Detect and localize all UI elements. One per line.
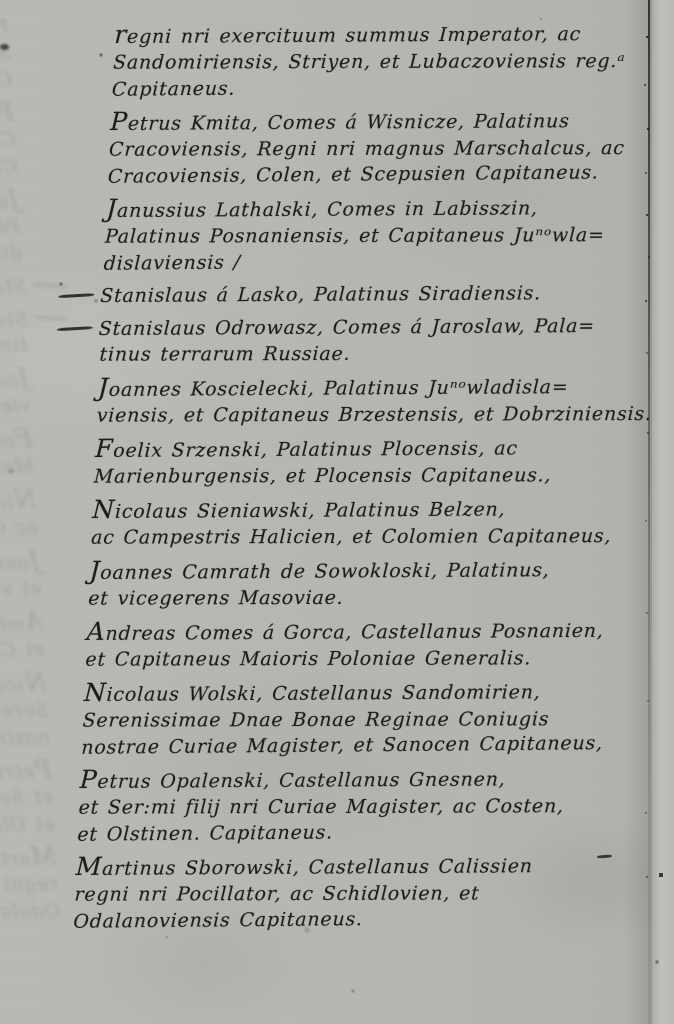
left-edge-ink-mark [0, 44, 9, 50]
edge-vignette [0, 0, 674, 1024]
binding-crease-line [648, 0, 650, 1024]
paper-dirt-specks [0, 0, 2, 2]
manuscript-scan: { "colors": { "paper": "#b7b6b2", "ink":… [0, 0, 674, 1024]
gutter-ink-specks [646, 0, 648, 2]
page-edge-strip [652, 0, 674, 1024]
